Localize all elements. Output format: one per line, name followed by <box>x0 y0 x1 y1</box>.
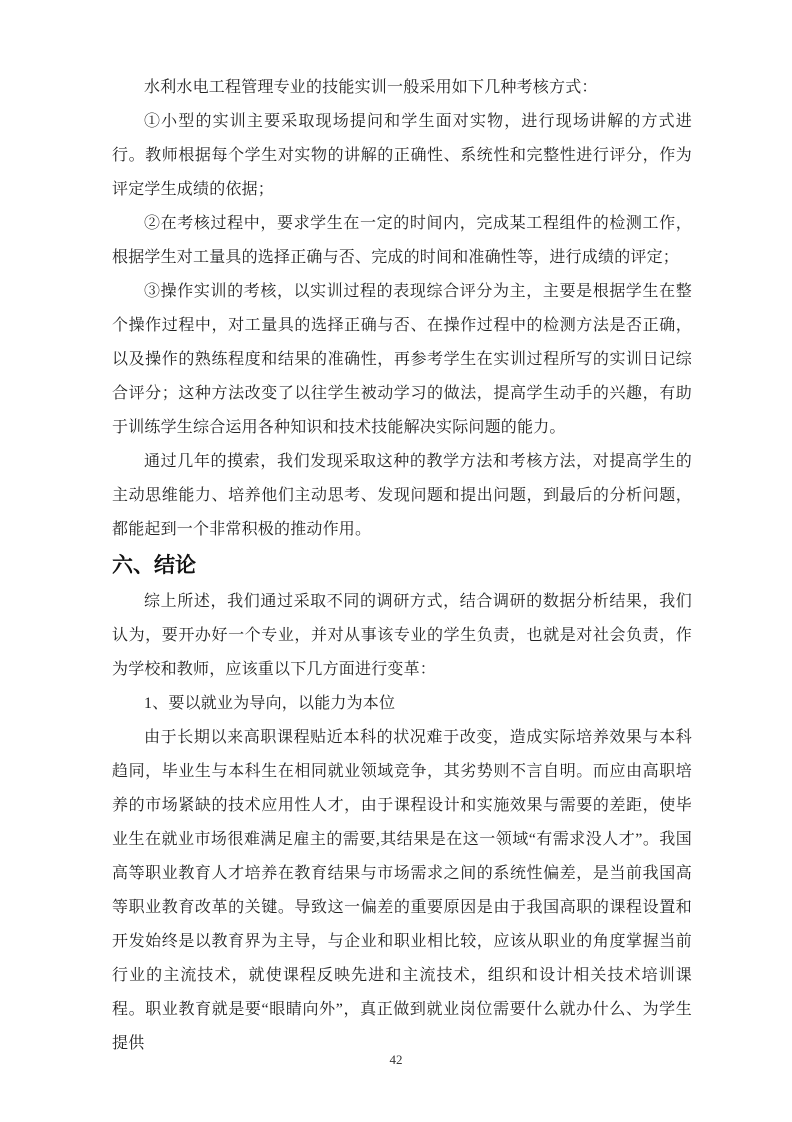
document-page: 水利水电工程管理专业的技能实训一般采用如下几种考核方式： ①小型的实训主要采取现… <box>0 0 792 1122</box>
page-content: 水利水电工程管理专业的技能实训一般采用如下几种考核方式： ①小型的实训主要采取现… <box>112 71 692 1061</box>
page-number: 42 <box>0 1052 792 1068</box>
paragraph-assessment-intro: 水利水电工程管理专业的技能实训一般采用如下几种考核方式： <box>112 71 692 105</box>
paragraph-summary: 通过几年的摸索，我们发现采取这种的教学方法和考核方法，对提高学生的主动思维能力、… <box>112 445 692 547</box>
paragraph-conclusion-intro: 综上所述，我们通过采取不同的调研方式，结合调研的数据分析结果，我们认为，要开办好… <box>112 585 692 687</box>
paragraph-method-1: ①小型的实训主要采取现场提问和学生面对实物，进行现场讲解的方式进行。教师根据每个… <box>112 105 692 207</box>
paragraph-method-2: ②在考核过程中，要求学生在一定的时间内，完成某工程组件的检测工作，根据学生对工量… <box>112 207 692 275</box>
paragraph-method-3: ③操作实训的考核，以实训过程的表现综合评分为主，主要是根据学生在整个操作过程中，… <box>112 275 692 445</box>
paragraph-employment-orientation: 由于长期以来高职课程贴近本科的状况难于改变，造成实际培养效果与本科趋同，毕业生与… <box>112 721 692 1061</box>
section-heading-conclusion: 六、结论 <box>112 547 692 583</box>
list-item-heading-1: 1、要以就业为导向，以能力为本位 <box>112 687 692 721</box>
